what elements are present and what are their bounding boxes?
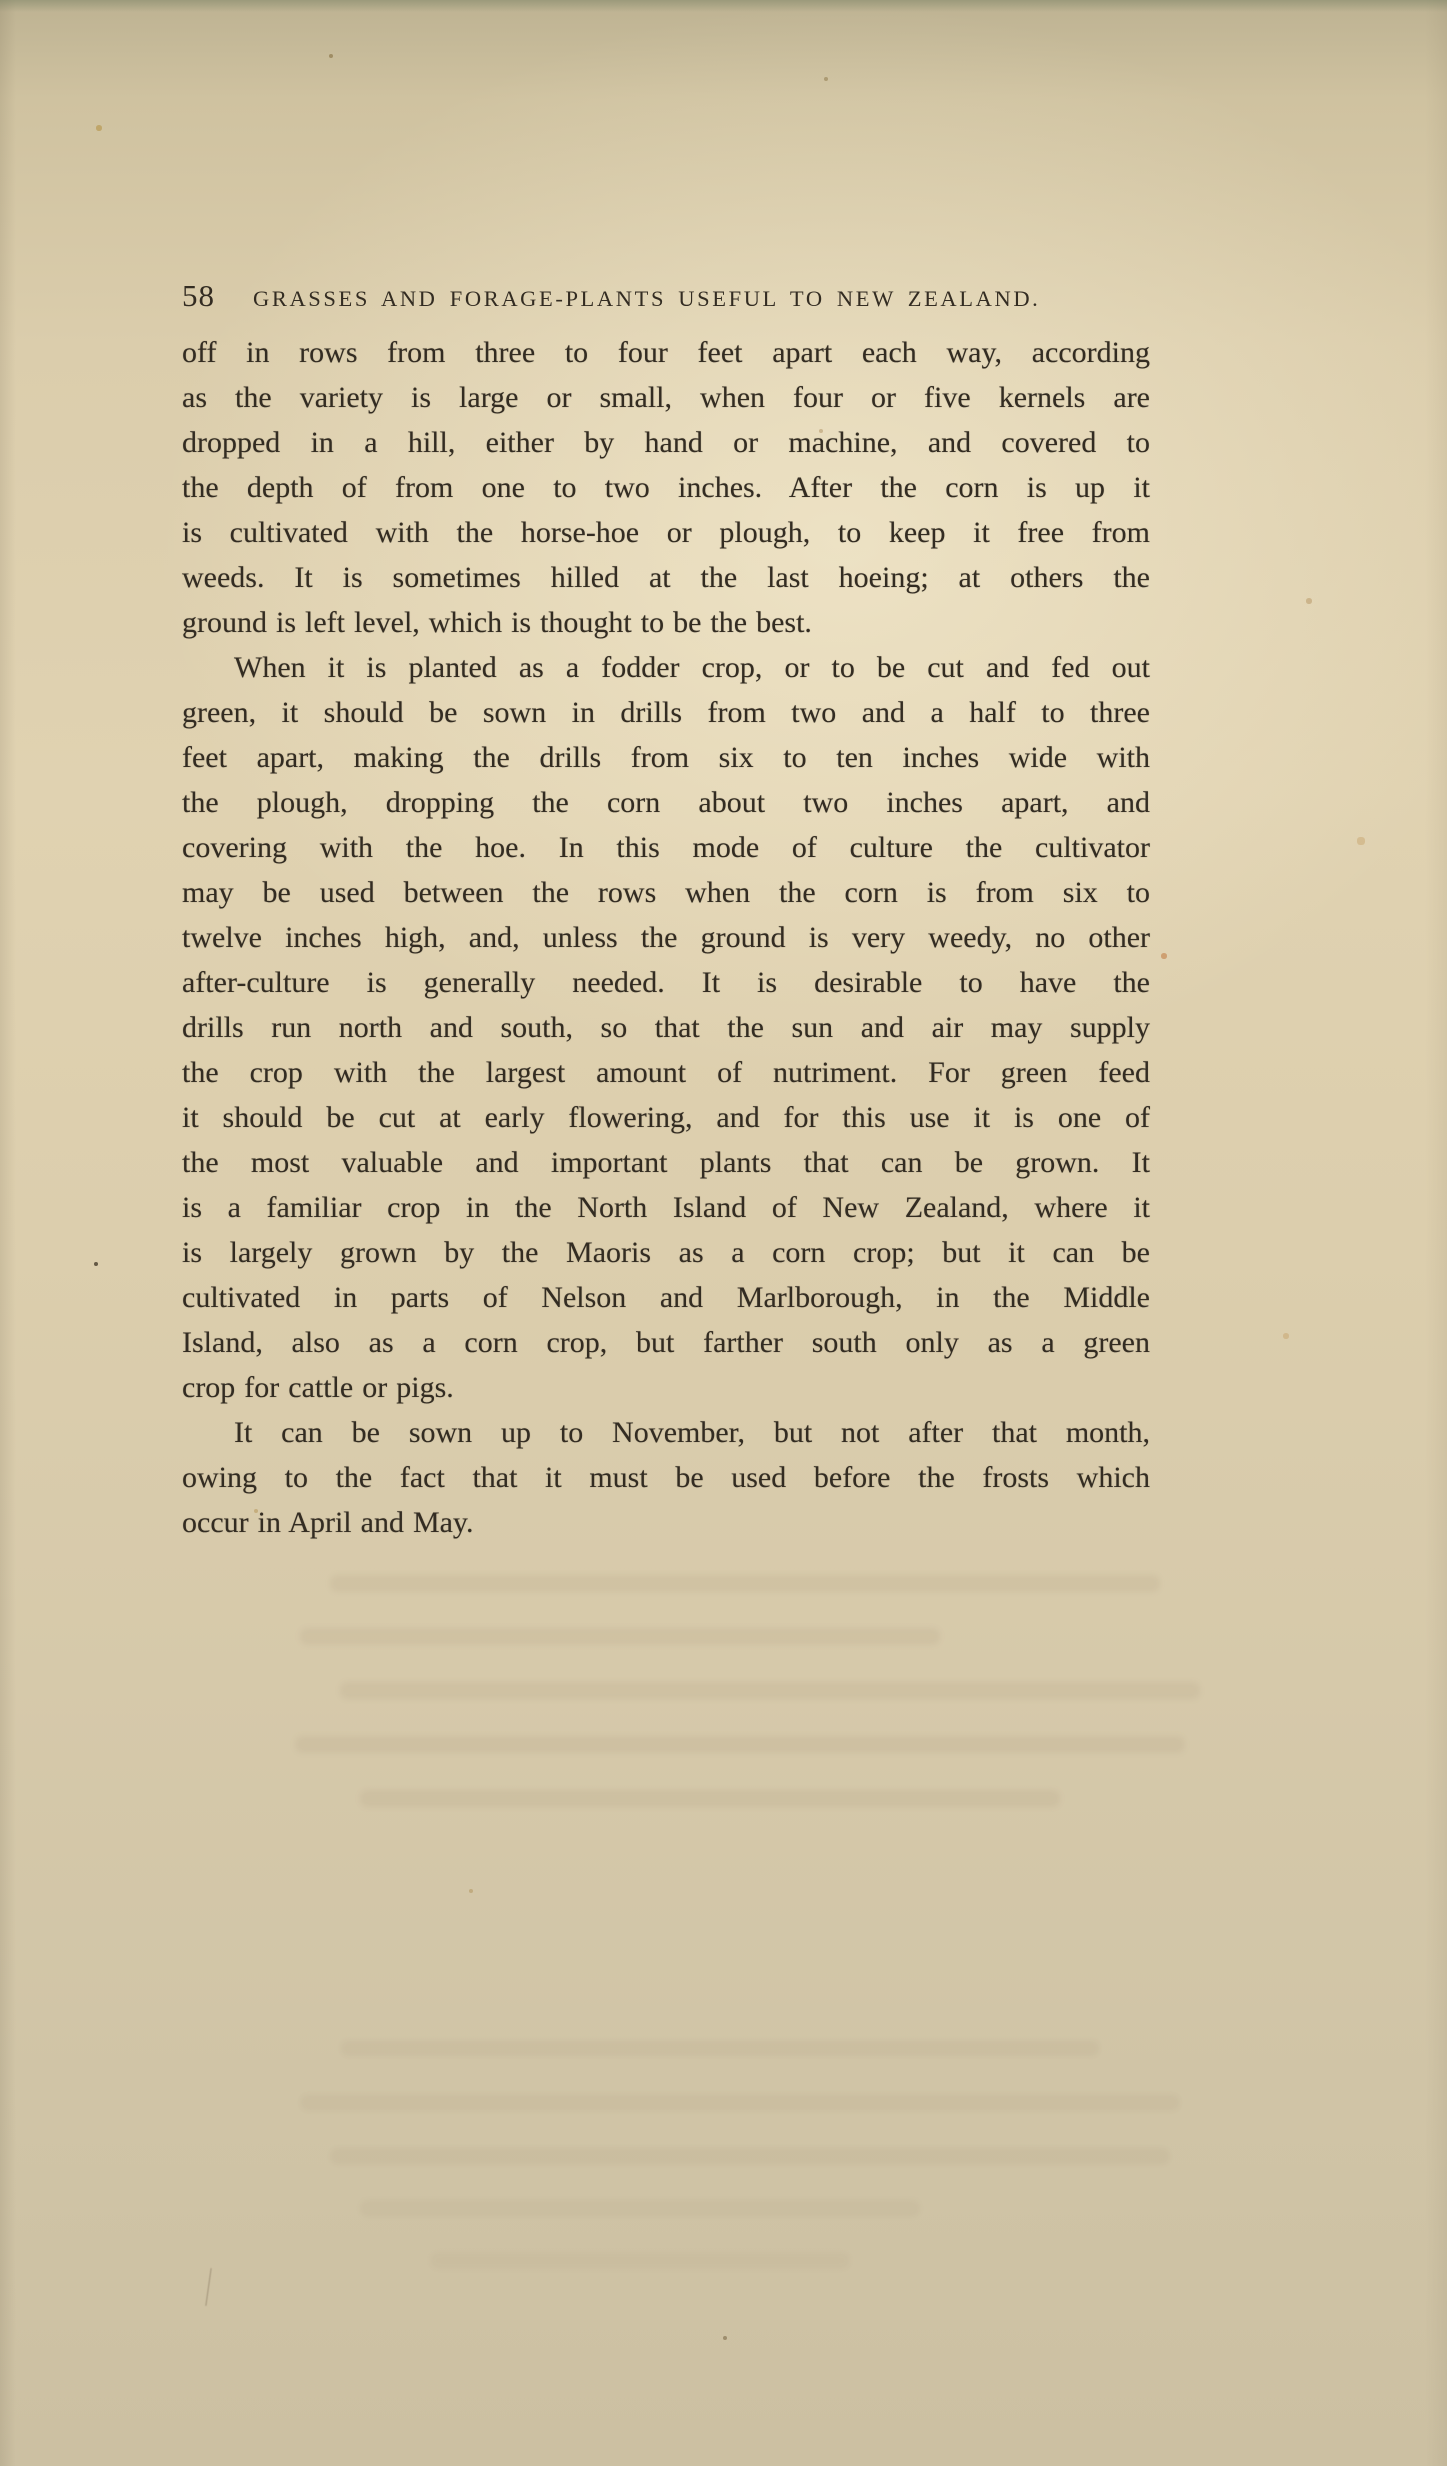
text-line: the depth of from one to two inches. Aft… [182, 465, 1150, 510]
running-head: 58 GRASSES AND FORAGE-PLANTS USEFUL TO N… [182, 278, 1150, 314]
running-header-title: GRASSES AND FORAGE-PLANTS USEFUL TO NEW … [253, 286, 1040, 312]
text-line: is largely grown by the Maoris as a corn… [182, 1230, 1150, 1275]
show-through-ghosting [330, 2148, 1170, 2165]
text-line: cultivated in parts of Nelson and Marlbo… [182, 1275, 1150, 1320]
text-line: it should be cut at early flowering, and… [182, 1095, 1150, 1140]
body-text: off in rows from three to four feet apar… [182, 330, 1150, 1545]
text-line: Island, also as a corn crop, but farther… [182, 1320, 1150, 1365]
paper-scratch [205, 2268, 211, 2306]
text-line: feet apart, making the drills from six t… [182, 735, 1150, 780]
show-through-ghosting [340, 1682, 1200, 1699]
text-line: after-culture is generally needed. It is… [182, 960, 1150, 1005]
text-line: occur in April and May. [182, 1500, 1150, 1545]
text-line: When it is planted as a fodder crop, or … [182, 645, 1150, 690]
text-line: is a familiar crop in the North Island o… [182, 1185, 1150, 1230]
text-line: covering with the hoe. In this mode of c… [182, 825, 1150, 870]
paragraph: off in rows from three to four feet apar… [182, 330, 1150, 645]
text-line: weeds. It is sometimes hilled at the las… [182, 555, 1150, 600]
show-through-ghosting [360, 1790, 1060, 1807]
show-through-ghosting [330, 1575, 1160, 1592]
text-line: twelve inches high, and, unless the grou… [182, 915, 1150, 960]
paragraph: When it is planted as a fodder crop, or … [182, 645, 1150, 1410]
page-number: 58 [182, 278, 215, 314]
text-line: may be used between the rows when the co… [182, 870, 1150, 915]
scanned-page: 58 GRASSES AND FORAGE-PLANTS USEFUL TO N… [0, 0, 1447, 2466]
text-line: green, it should be sown in drills from … [182, 690, 1150, 735]
text-line: dropped in a hill, either by hand or mac… [182, 420, 1150, 465]
text-line: as the variety is large or small, when f… [182, 375, 1150, 420]
text-line: drills run north and south, so that the … [182, 1005, 1150, 1050]
text-line: off in rows from three to four feet apar… [182, 330, 1150, 375]
paragraph: It can be sown up to November, but not a… [182, 1410, 1150, 1545]
show-through-ghosting [300, 2094, 1180, 2111]
show-through-ghosting [430, 2252, 850, 2269]
show-through-ghosting [295, 1736, 1185, 1753]
foxing-specks [0, 0, 2, 2]
text-line: the most valuable and important plants t… [182, 1140, 1150, 1185]
text-line: is cultivated with the horse-hoe or plou… [182, 510, 1150, 555]
text-line: the crop with the largest amount of nutr… [182, 1050, 1150, 1095]
show-through-ghosting [340, 2040, 1100, 2057]
text-line: It can be sown up to November, but not a… [182, 1410, 1150, 1455]
show-through-ghosting [360, 2200, 920, 2217]
text-line: owing to the fact that it must be used b… [182, 1455, 1150, 1500]
text-line: ground is left level, which is thought t… [182, 600, 1150, 645]
text-line: the plough, dropping the corn about two … [182, 780, 1150, 825]
text-line: crop for cattle or pigs. [182, 1365, 1150, 1410]
show-through-ghosting [300, 1628, 940, 1645]
